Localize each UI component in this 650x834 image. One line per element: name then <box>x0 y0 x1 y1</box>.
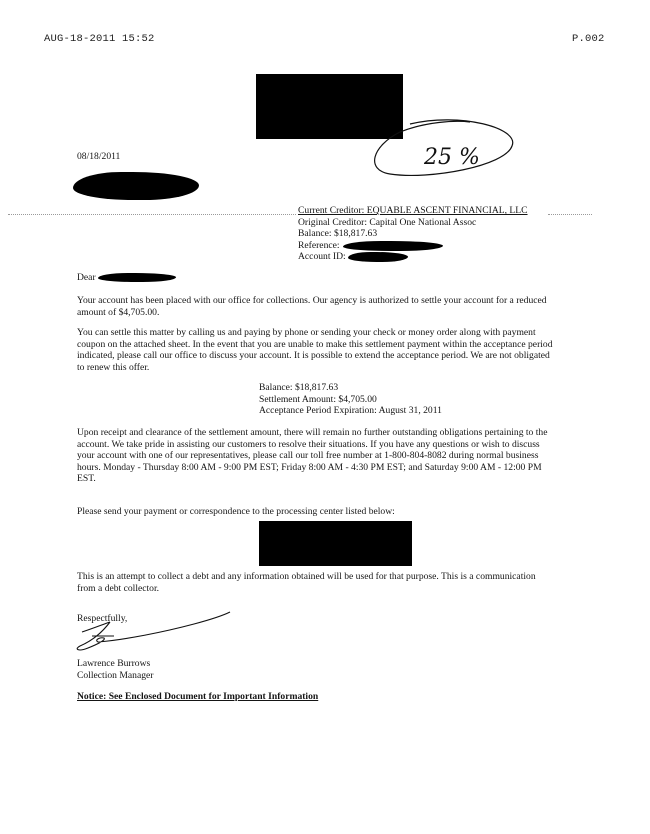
paragraph-line: You can settle this matter by calling us… <box>77 327 553 339</box>
paragraph-line: Upon receipt and clearance of the settle… <box>77 427 547 439</box>
redacted-processing-center <box>259 521 412 566</box>
paragraph-line: amount of $4,705.00. <box>77 307 547 319</box>
salutation-text: Dear <box>77 272 96 283</box>
paragraph-line: account. We take pride in assisting our … <box>77 439 547 451</box>
original-creditor: Original Creditor: Capital One National … <box>298 217 528 229</box>
paragraph-line: hours. Monday - Thursday 8:00 AM - 9:00 … <box>77 462 547 474</box>
account-id-label: Account ID: <box>298 251 346 262</box>
redacted-recipient-address <box>73 172 199 200</box>
summary-settlement-amount: Settlement Amount: $4,705.00 <box>259 394 442 406</box>
salutation: Dear <box>77 272 176 284</box>
summary-expiration: Acceptance Period Expiration: August 31,… <box>259 405 442 417</box>
current-creditor: Current Creditor: EQUABLE ASCENT FINANCI… <box>298 205 528 217</box>
redacted-reference <box>343 241 443 251</box>
debt-collector-disclosure: This is an attempt to collect a debt and… <box>77 571 536 594</box>
disclosure-line: This is an attempt to collect a debt and… <box>77 571 536 583</box>
payment-instruction: Please send your payment or corresponden… <box>77 506 395 518</box>
signer-title: Collection Manager <box>77 670 153 682</box>
paragraph-line: your account with one of our representat… <box>77 450 547 462</box>
handwritten-percent: 25 % <box>423 145 480 170</box>
paragraph-contact-info: Upon receipt and clearance of the settle… <box>77 427 547 485</box>
signature <box>74 610 234 654</box>
signer-block: Lawrence Burrows Collection Manager <box>77 658 153 681</box>
fold-line-right <box>548 214 592 215</box>
paragraph-line: coupon on the attached sheet. In the eve… <box>77 339 553 351</box>
handwritten-annotation: 25 % <box>370 118 520 182</box>
signer-name: Lawrence Burrows <box>77 658 153 670</box>
fax-page-number: P.002 <box>572 33 605 45</box>
paragraph-intro: Your account has been placed with our of… <box>77 295 547 318</box>
paragraph-line: to renew this offer. <box>77 362 553 374</box>
fold-line <box>8 214 296 215</box>
account-id-line: Account ID: <box>298 251 528 263</box>
enclosed-document-notice: Notice: See Enclosed Document for Import… <box>77 691 318 703</box>
creditor-block: Current Creditor: EQUABLE ASCENT FINANCI… <box>298 205 528 263</box>
redacted-account-id <box>348 252 408 262</box>
balance-line: Balance: $18,817.63 <box>298 228 528 240</box>
redacted-recipient-name <box>98 273 176 282</box>
paragraph-settlement-options: You can settle this matter by calling us… <box>77 327 553 373</box>
summary-balance: Balance: $18,817.63 <box>259 382 442 394</box>
paragraph-line: EST. <box>77 473 547 485</box>
disclosure-line: from a debt collector. <box>77 583 536 595</box>
paragraph-line: indicated, please call our office to dis… <box>77 350 553 362</box>
paragraph-line: Your account has been placed with our of… <box>77 295 547 307</box>
reference-label: Reference: <box>298 240 340 251</box>
reference-line: Reference: <box>298 240 528 252</box>
fax-timestamp: AUG-18-2011 15:52 <box>44 33 155 45</box>
letter-date: 08/18/2011 <box>77 151 120 163</box>
settlement-summary: Balance: $18,817.63 Settlement Amount: $… <box>259 382 442 417</box>
